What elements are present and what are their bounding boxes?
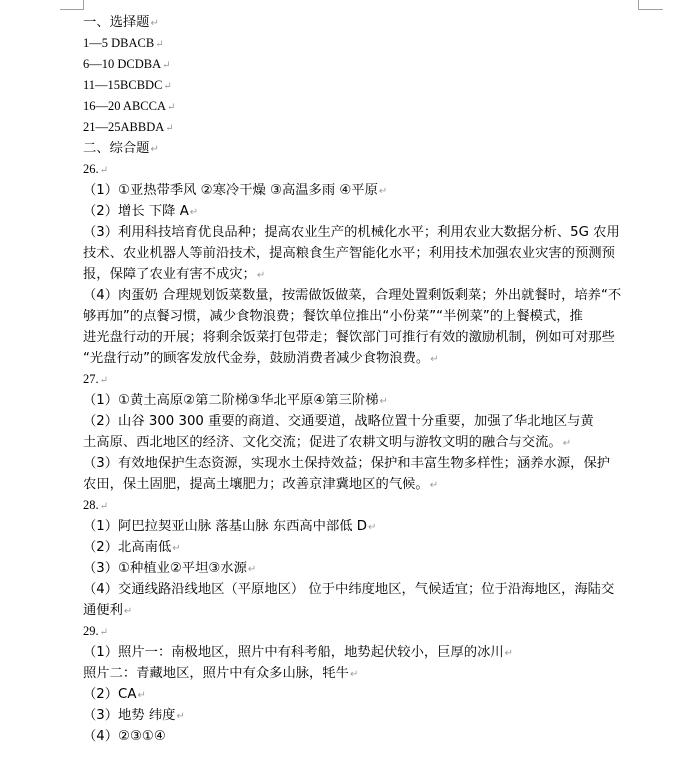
answer-line: （2）增长 下降 A↵ [83,201,643,222]
paragraph-mark-icon: ↵ [137,690,145,701]
paragraph-mark-icon: ↵ [155,39,163,50]
answer-line-text: 通便利 [83,603,123,618]
answer-line-text: （1）阿巴拉契亚山脉 落基山脉 东西高中部低 D [83,519,367,534]
answer-line: （2）北高南低↵ [83,537,643,558]
answer-line-text: （2）增长 下降 A [83,204,189,219]
paragraph-mark-icon: ↵ [163,81,171,92]
paragraph-mark-icon: ↵ [248,564,256,575]
answer-line: 报，保障了农业有害不成灾；↵ [83,264,643,285]
answer-line: （3）地势 纬度↵ [83,705,643,726]
question-number-text: 28. [83,498,99,512]
answer-line: 技术、农业机器人等前沿技术，提高粮食生产智能化水平；利用技术加强农业灾害的预测预 [83,243,643,264]
paragraph-mark-icon: ↵ [190,207,198,218]
paragraph-mark-icon: ↵ [165,123,173,134]
answer-key-row: 6—10 DCDBA↵ [83,54,643,75]
answer-line-text: 进光盘行动的开展；将剩余饭菜打包带走；餐饮部门可推行有效的激励机制，例如可对那些 [83,330,615,345]
answer-key-row-text: 11—15BCBDC [83,78,162,92]
answer-line-text: 农田，保土固肥，提高土壤肥力；改善京津冀地区的气候。 [83,477,429,492]
paragraph-mark-icon: ↵ [162,60,170,71]
answer-line-text: （2）山谷 300 300 重要的商道、交通要道，战略位置十分重要，加强了华北地… [83,414,594,429]
answer-line: （1）①亚热带季风 ②寒冷干燥 ③高温多雨 ④平原↵ [83,180,643,201]
answer-line-text: 报，保障了农业有害不成灾； [83,267,256,282]
answer-line-text: （3）有效地保护生态资源，实现水土保持效益；保护和丰富生物多样性；涵养水源，保护 [83,456,610,471]
question-number-text: 29. [83,624,99,638]
answer-key-row-text: 6—10 DCDBA [83,57,161,71]
answer-line-text: （1）①黄土高原②第二阶梯③华北平原④第三阶梯 [83,393,379,408]
paragraph-mark-icon: ↵ [124,606,132,617]
answer-line: （3）有效地保护生态资源，实现水土保持效益；保护和丰富生物多样性；涵养水源，保护 [83,453,643,474]
answer-line-text: （2）CA [83,687,136,702]
question-number: 28.↵ [83,495,643,516]
answer-line: “光盘行动”的顾客发放代金券，鼓励消费者减少食物浪费。↵ [83,348,643,369]
paragraph-mark-icon: ↵ [430,480,438,491]
answer-line: 通便利↵ [83,600,643,621]
answer-line: （4）②③①④ [83,726,643,747]
question-number-text: 26. [83,162,99,176]
paragraph-mark-icon: ↵ [563,438,571,449]
answer-key-row: 1—5 DBACB↵ [83,33,643,54]
answer-line-text: （1）照片一：南极地区，照片中有科考船，地势起伏较小，巨厚的冰川 [83,645,504,660]
answer-key-row: 11—15BCBDC↵ [83,75,643,96]
answer-line: （1）照片一：南极地区，照片中有科考船，地势起伏较小，巨厚的冰川↵ [83,642,643,663]
answer-line: （2）CA↵ [83,684,643,705]
answer-line-text: 土高原、西北地区的经济、文化交流；促进了农耕文明与游牧文明的融合与交流。 [83,435,562,450]
paragraph-mark-icon: ↵ [150,18,158,29]
answer-line: （2）山谷 300 300 重要的商道、交通要道，战略位置十分重要，加强了华北地… [83,411,643,432]
paragraph-mark-icon: ↵ [100,501,108,512]
answer-line-text: 够再加”的点餐习惯，减少食物浪费；餐饮单位推出“小份菜”“半例菜”的上餐模式，推 [83,309,583,324]
question-number: 26.↵ [83,159,643,180]
section-heading-text: 二、综合题 [83,141,149,156]
question-number-text: 27. [83,372,99,386]
answer-line-text: 照片二：青藏地区，照片中有众多山脉，牦牛 [83,666,349,681]
answer-line-text: “光盘行动”的顾客发放代金券，鼓励消费者减少食物浪费。 [83,351,429,366]
answer-key-row-text: 16—20 ABCCA [83,99,166,113]
paragraph-mark-icon: ↵ [505,648,513,659]
paragraph-mark-icon: ↵ [167,102,175,113]
crop-mark-top-left [60,0,84,10]
answer-line-text: （3）利用科技培育优良品种；提高农业生产的机械化水平；利用农业大数据分析、5G … [83,225,620,240]
answer-line: 进光盘行动的开展；将剩余饭菜打包带走；餐饮部门可推行有效的激励机制，例如可对那些 [83,327,643,348]
paragraph-mark-icon: ↵ [257,270,265,281]
paragraph-mark-icon: ↵ [172,543,180,554]
answer-line: 农田，保土固肥，提高土壤肥力；改善京津冀地区的气候。↵ [83,474,643,495]
paragraph-mark-icon: ↵ [176,711,184,722]
answer-line: （4）肉蛋奶 合理规划饭菜数量，按需做饭做菜，合理处置剩饭剩菜；外出就餐时，培养… [83,285,643,306]
answer-line: （4）交通线路沿线地区（平原地区） 位于中纬度地区，气候适宜；位于沿海地区，海陆… [83,579,643,600]
answer-line-text: （2）北高南低 [83,540,171,555]
answer-key-row: 16—20 ABCCA↵ [83,96,643,117]
answer-line: 土高原、西北地区的经济、文化交流；促进了农耕文明与游牧文明的融合与交流。↵ [83,432,643,453]
paragraph-mark-icon: ↵ [368,522,376,533]
crop-mark-top-right [638,0,663,10]
paragraph-mark-icon: ↵ [379,186,387,197]
section-heading-text: 一、选择题 [83,15,149,30]
answer-line: （3）①种植业②平坦③水源↵ [83,558,643,579]
section-heading: 一、选择题↵ [83,12,643,33]
answer-line-text: （3）①种植业②平坦③水源 [83,561,247,576]
answer-line-text: （3）地势 纬度 [83,708,175,723]
answer-line: 照片二：青藏地区，照片中有众多山脉，牦牛↵ [83,663,643,684]
paragraph-mark-icon: ↵ [430,354,438,365]
question-number: 29.↵ [83,621,643,642]
section-heading: 二、综合题↵ [83,138,643,159]
answer-line: （3）利用科技培育优良品种；提高农业生产的机械化水平；利用农业大数据分析、5G … [83,222,643,243]
answer-line-text: （4）肉蛋奶 合理规划饭菜数量，按需做饭做菜，合理处置剩饭剩菜；外出就餐时，培养… [83,288,621,303]
paragraph-mark-icon: ↵ [100,375,108,386]
answer-line-text: （4）②③①④ [83,729,166,744]
answer-key-row-text: 21—25ABBDA [83,120,164,134]
paragraph-mark-icon: ↵ [100,627,108,638]
paragraph-mark-icon: ↵ [380,396,388,407]
answer-line-text: 技术、农业机器人等前沿技术，提高粮食生产智能化水平；利用技术加强农业灾害的预测预 [83,246,615,261]
paragraph-mark-icon: ↵ [100,165,108,176]
answer-line-text: （4）交通线路沿线地区（平原地区） 位于中纬度地区，气候适宜；位于沿海地区，海陆… [83,582,614,597]
answer-line: 够再加”的点餐习惯，减少食物浪费；餐饮单位推出“小份菜”“半例菜”的上餐模式，推 [83,306,643,327]
answer-line: （1）①黄土高原②第二阶梯③华北平原④第三阶梯↵ [83,390,643,411]
answer-line-text: （1）①亚热带季风 ②寒冷干燥 ③高温多雨 ④平原 [83,183,378,198]
answer-key-row-text: 1—5 DBACB [83,36,154,50]
paragraph-mark-icon: ↵ [150,144,158,155]
answer-line: （1）阿巴拉契亚山脉 落基山脉 东西高中部低 D↵ [83,516,643,537]
question-number: 27.↵ [83,369,643,390]
document-page: 一、选择题↵1—5 DBACB↵6—10 DCDBA↵11—15BCBDC↵16… [83,12,643,747]
answer-key-row: 21—25ABBDA↵ [83,117,643,138]
paragraph-mark-icon: ↵ [350,669,358,680]
